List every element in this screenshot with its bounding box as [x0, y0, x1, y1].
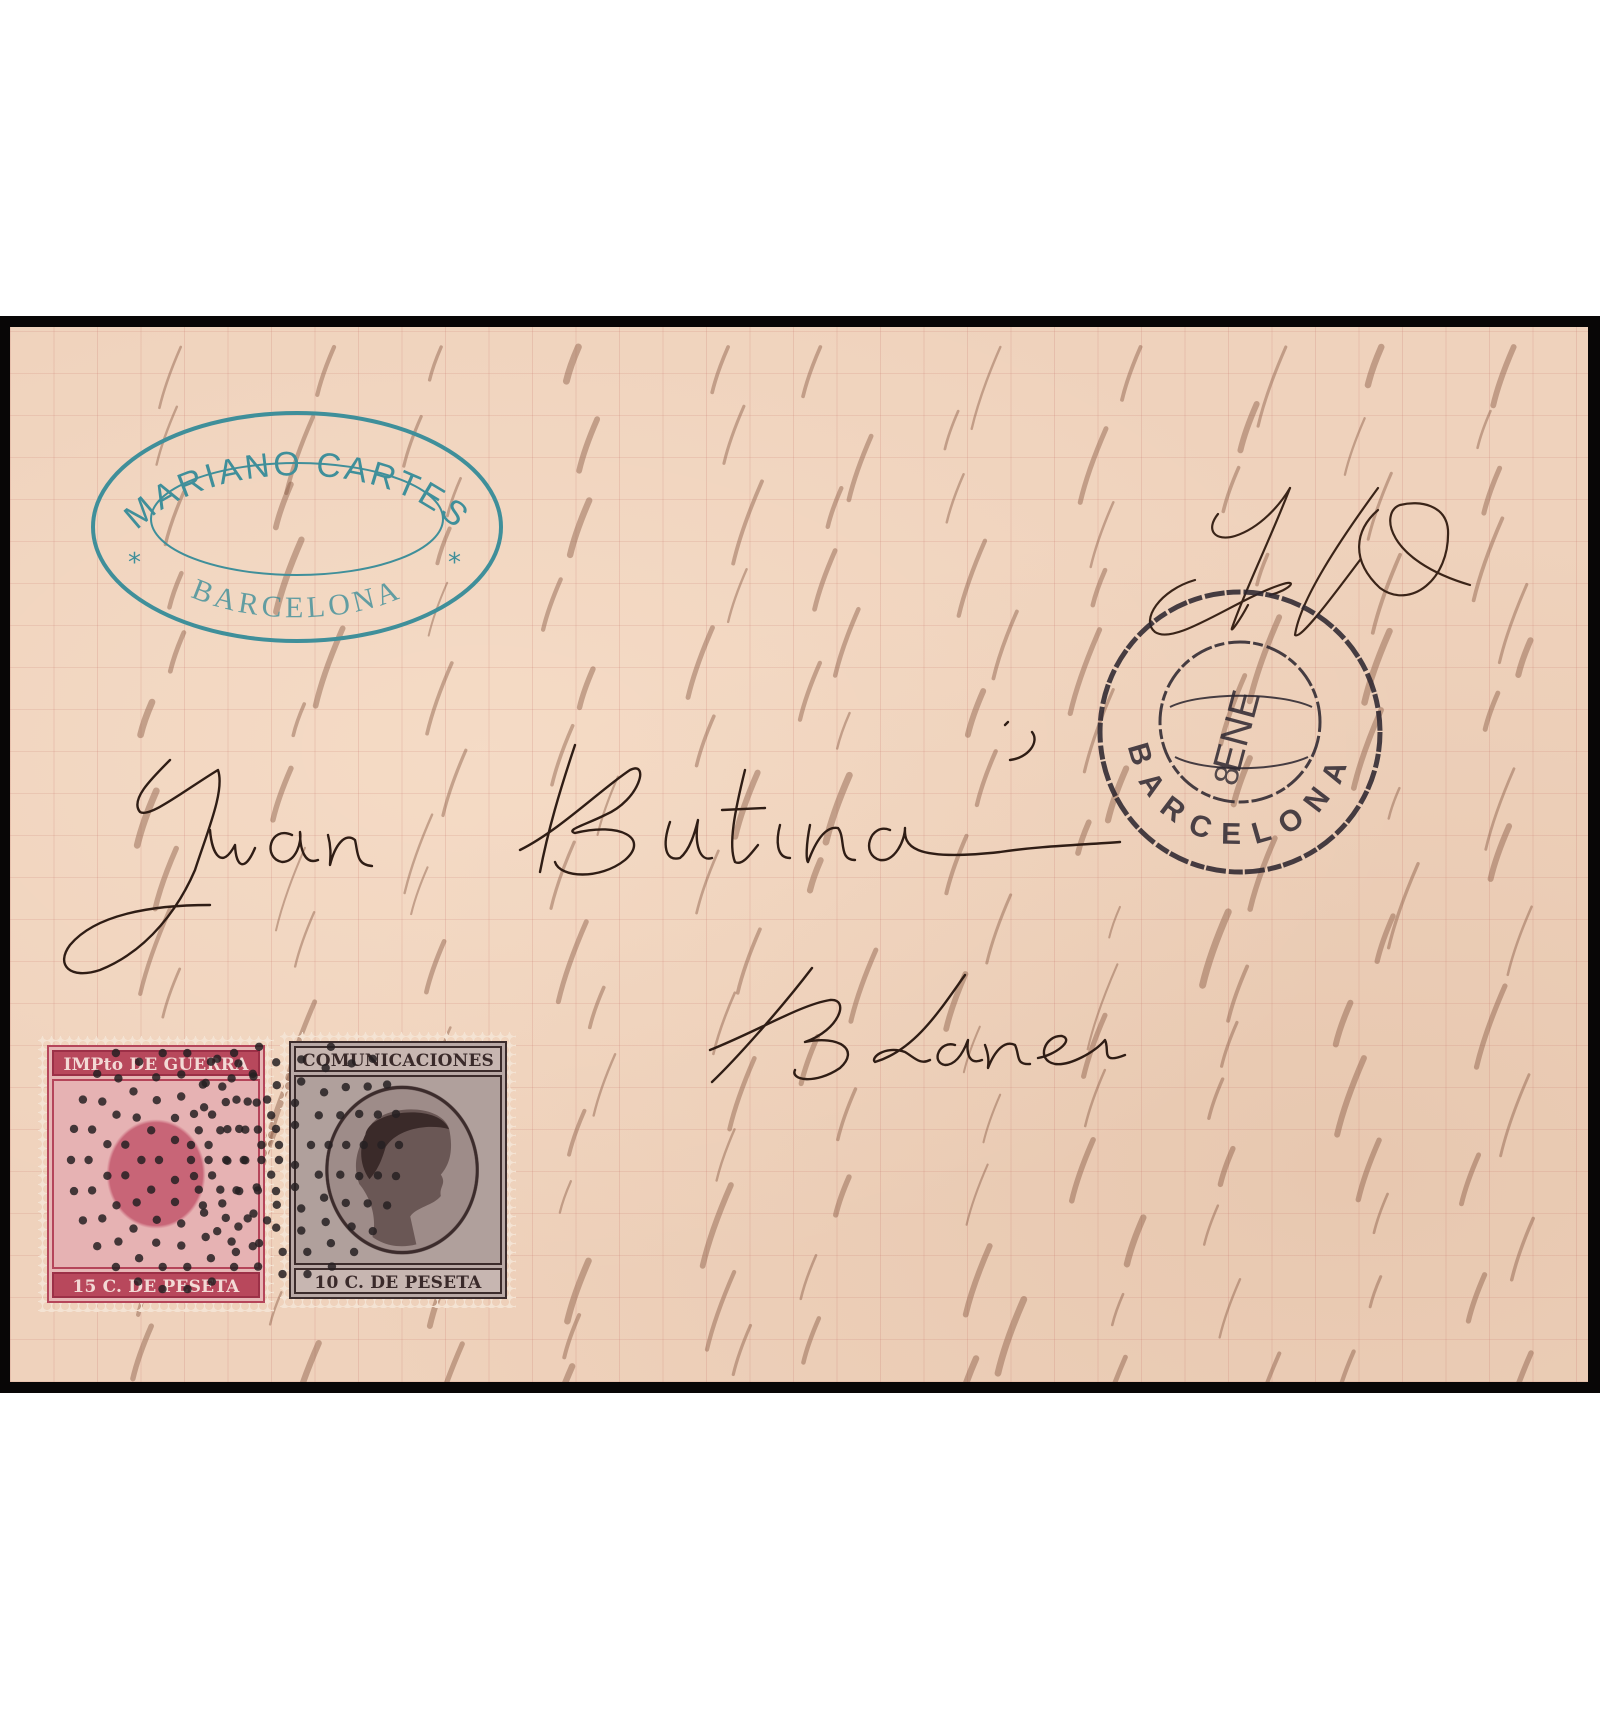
- stamp-top-text: IMPto DE GUERRA: [52, 1050, 260, 1076]
- stamp-top-text: COMUNICACIONES: [294, 1046, 502, 1072]
- svg-text:MARIANO CARTES: MARIANO CARTES: [117, 445, 477, 537]
- recipient-name: Juan Butiña: [0, 0, 1, 1]
- stamp-value-text: 15 C. DE PESETA: [52, 1272, 260, 1298]
- cachet-bottom-text: BARCELONA: [187, 573, 406, 625]
- svg-text:BARCELONA: BARCELONA: [187, 573, 406, 625]
- destination-town: Blanes: [0, 0, 1, 1]
- star-ornament-icon: *: [128, 548, 141, 578]
- alfonso-xii-stamp: COMUNICACIONES 10 C. DE PESETA: [280, 1032, 516, 1308]
- king-portrait-icon: [296, 1077, 500, 1263]
- cachet-top-text: MARIANO CARTES: [117, 445, 477, 537]
- stamp-value-text: 10 C. DE PESETA: [294, 1268, 502, 1294]
- portrait-frame: [294, 1075, 502, 1265]
- war-tax-stamp: IMPto DE GUERRA 15 C. DE PESETA: [38, 1036, 274, 1312]
- portrait-frame: [52, 1079, 260, 1269]
- barcelona-datestamp: BARCELONA ENE 8: [1090, 582, 1390, 882]
- manuscript-mark-text: Y.D: [0, 0, 1, 1]
- merchant-cachet: MARIANO CARTES BARCELONA * *: [88, 407, 506, 647]
- star-ornament-icon: *: [448, 548, 461, 578]
